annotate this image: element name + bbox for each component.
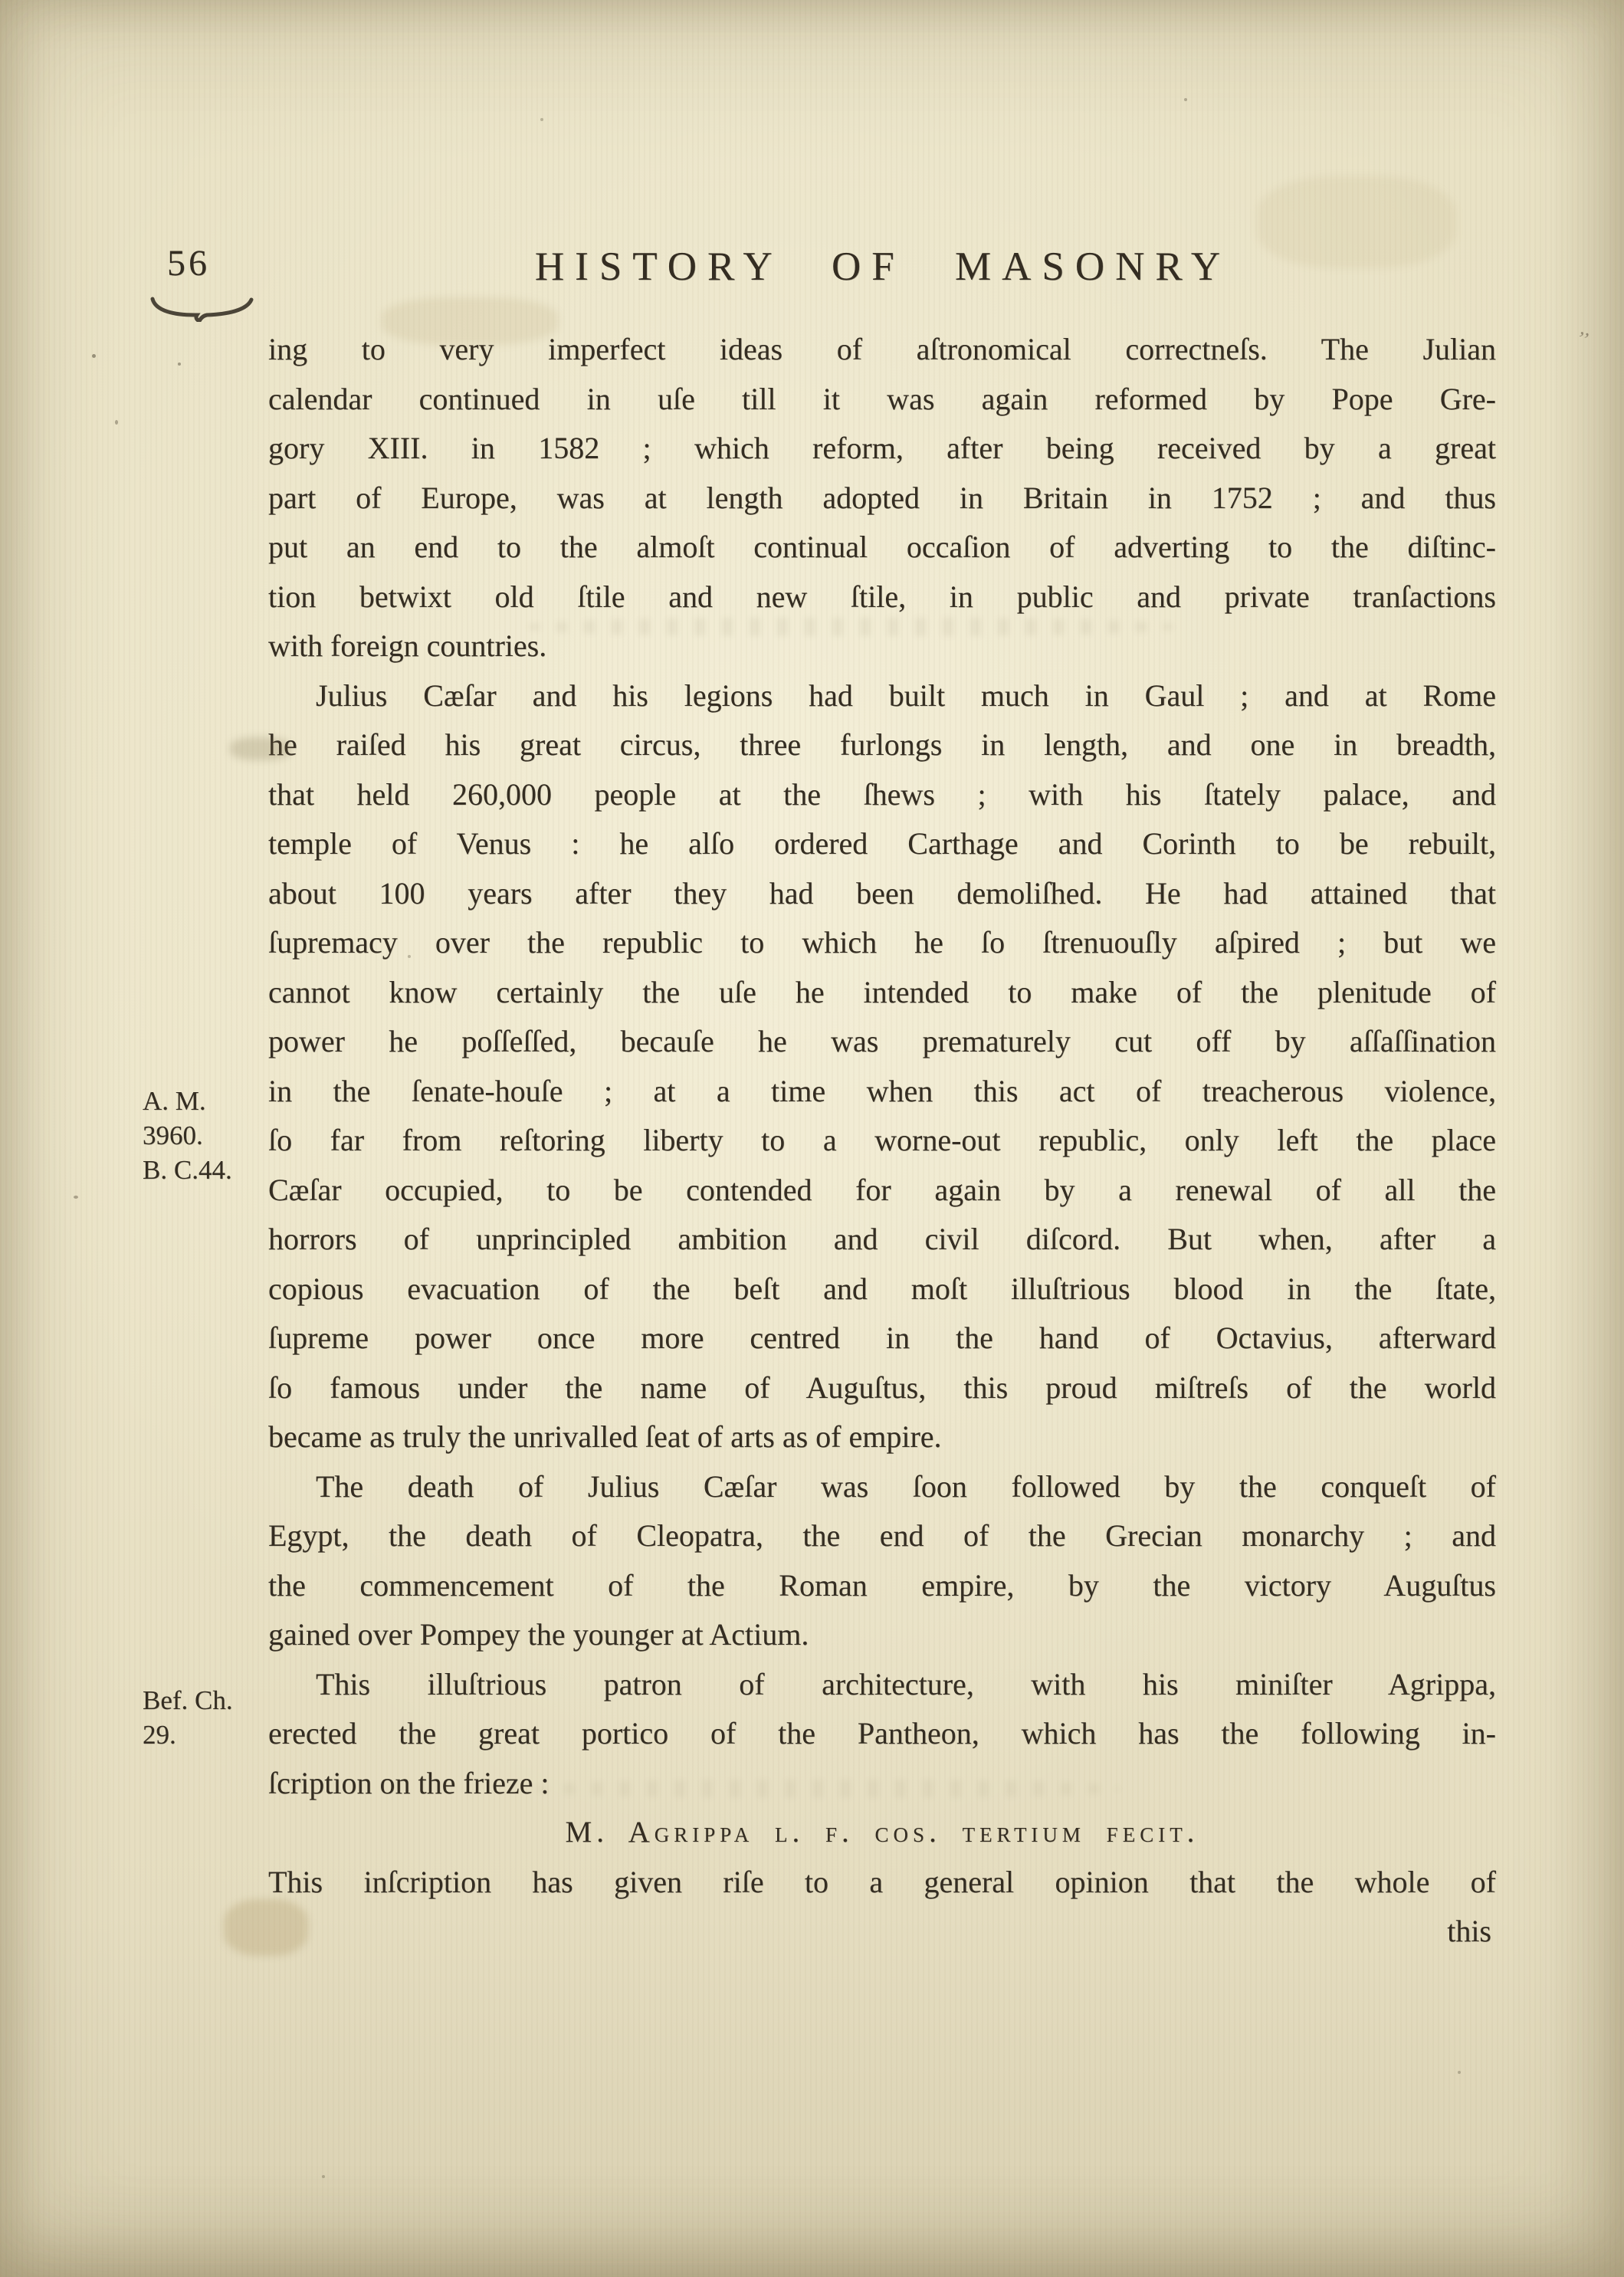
text-line: This illuſtrious patron of architecture,… [268,1660,1496,1710]
ink-speck [322,2175,325,2178]
body-text: ing to very imperfect ideas of aſtronomi… [268,325,1496,1957]
page-number-brace [149,296,256,322]
text-line: ſo far from reſtoring liberty to a worne… [268,1116,1496,1166]
text-line: about 100 years after they had been demo… [268,869,1496,919]
text-line: horrors of unprincipled ambition and civ… [268,1215,1496,1265]
ink-speck [178,363,181,366]
text-line: tion betwixt old ſtile and new ſtile, in… [268,573,1496,622]
margin-note-bc-year: B. C.44. [143,1153,232,1187]
text-line: Cæſar occupied, to be contended for agai… [268,1166,1496,1216]
margin-note-date: A. M. 3960. B. C.44. [143,1084,232,1187]
ink-speck [92,354,96,358]
text-line: became as truly the unrivalled ſeat of a… [268,1412,1496,1462]
text-line: cannot know certainly the uſe he intende… [268,968,1496,1018]
text-line: the commencement of the Roman empire, by… [268,1561,1496,1611]
text-line: he raiſed his great circus, three furlon… [268,720,1496,770]
margin-note-bef-label: Bef. Ch. [143,1683,233,1718]
text-line: ſo famous under the name of Auguſtus, th… [268,1363,1496,1413]
text-line: Julius Cæſar and his legions had built m… [268,671,1496,721]
ink-speck [1184,98,1187,101]
text-line: ſcription on the frieze : [268,1759,1496,1809]
text-line: gory XIII. in 1582 ; which reform, after… [268,424,1496,474]
book-page: 56 HISTORY OF MASONRY A. M. 3960. B. C.4… [0,0,1624,2277]
ink-speck [1458,2071,1461,2074]
pen-mark: ’’ [1575,327,1592,353]
margin-note-am-label: A. M. [143,1084,232,1118]
pantheon-inscription: M. Agrippa l. f. cos. tertium fecit. [268,1808,1496,1858]
margin-note-am-year: 3960. [143,1118,232,1153]
margin-note-before-christ: Bef. Ch. 29. [143,1683,233,1752]
text-line: power he poſſeſſed, becauſe he was prema… [268,1017,1496,1067]
text-line: with foreign countries. [268,622,1496,671]
text-line: erected the great portico of the Pantheo… [268,1709,1496,1759]
text-line: calendar continued in uſe till it was ag… [268,375,1496,425]
margin-note-bef-num: 29. [143,1718,233,1752]
text-line: ſupreme power once more centred in the h… [268,1314,1496,1363]
page-number: 56 [167,242,210,284]
text-line: ing to very imperfect ideas of aſtronomi… [268,325,1496,375]
text-line: that held 260,000 people at the ſhews ; … [268,770,1496,820]
ink-speck [540,118,543,121]
ink-speck [115,420,118,425]
running-header: HISTORY OF MASONRY [270,244,1496,290]
text-line: Egypt, the death of Cleopatra, the end o… [268,1511,1496,1561]
text-line: ſupremacy over the republic to which he … [268,918,1496,968]
text-line: This inſcription has given riſe to a gen… [268,1858,1496,1908]
text-line: in the ſenate-houſe ; at a time when thi… [268,1067,1496,1117]
text-line: put an end to the almoſt continual occaſ… [268,523,1496,573]
text-line: part of Europe, was at length adopted in… [268,474,1496,523]
catchword: this [268,1907,1496,1957]
text-line: copious evacuation of the beſt and moſt … [268,1265,1496,1314]
text-line: gained over Pompey the younger at Actium… [268,1610,1496,1660]
text-line: The death of Julius Cæſar was ſoon follo… [268,1462,1496,1512]
text-line: temple of Venus : he alſo ordered Cartha… [268,819,1496,869]
ink-speck [74,1196,78,1199]
